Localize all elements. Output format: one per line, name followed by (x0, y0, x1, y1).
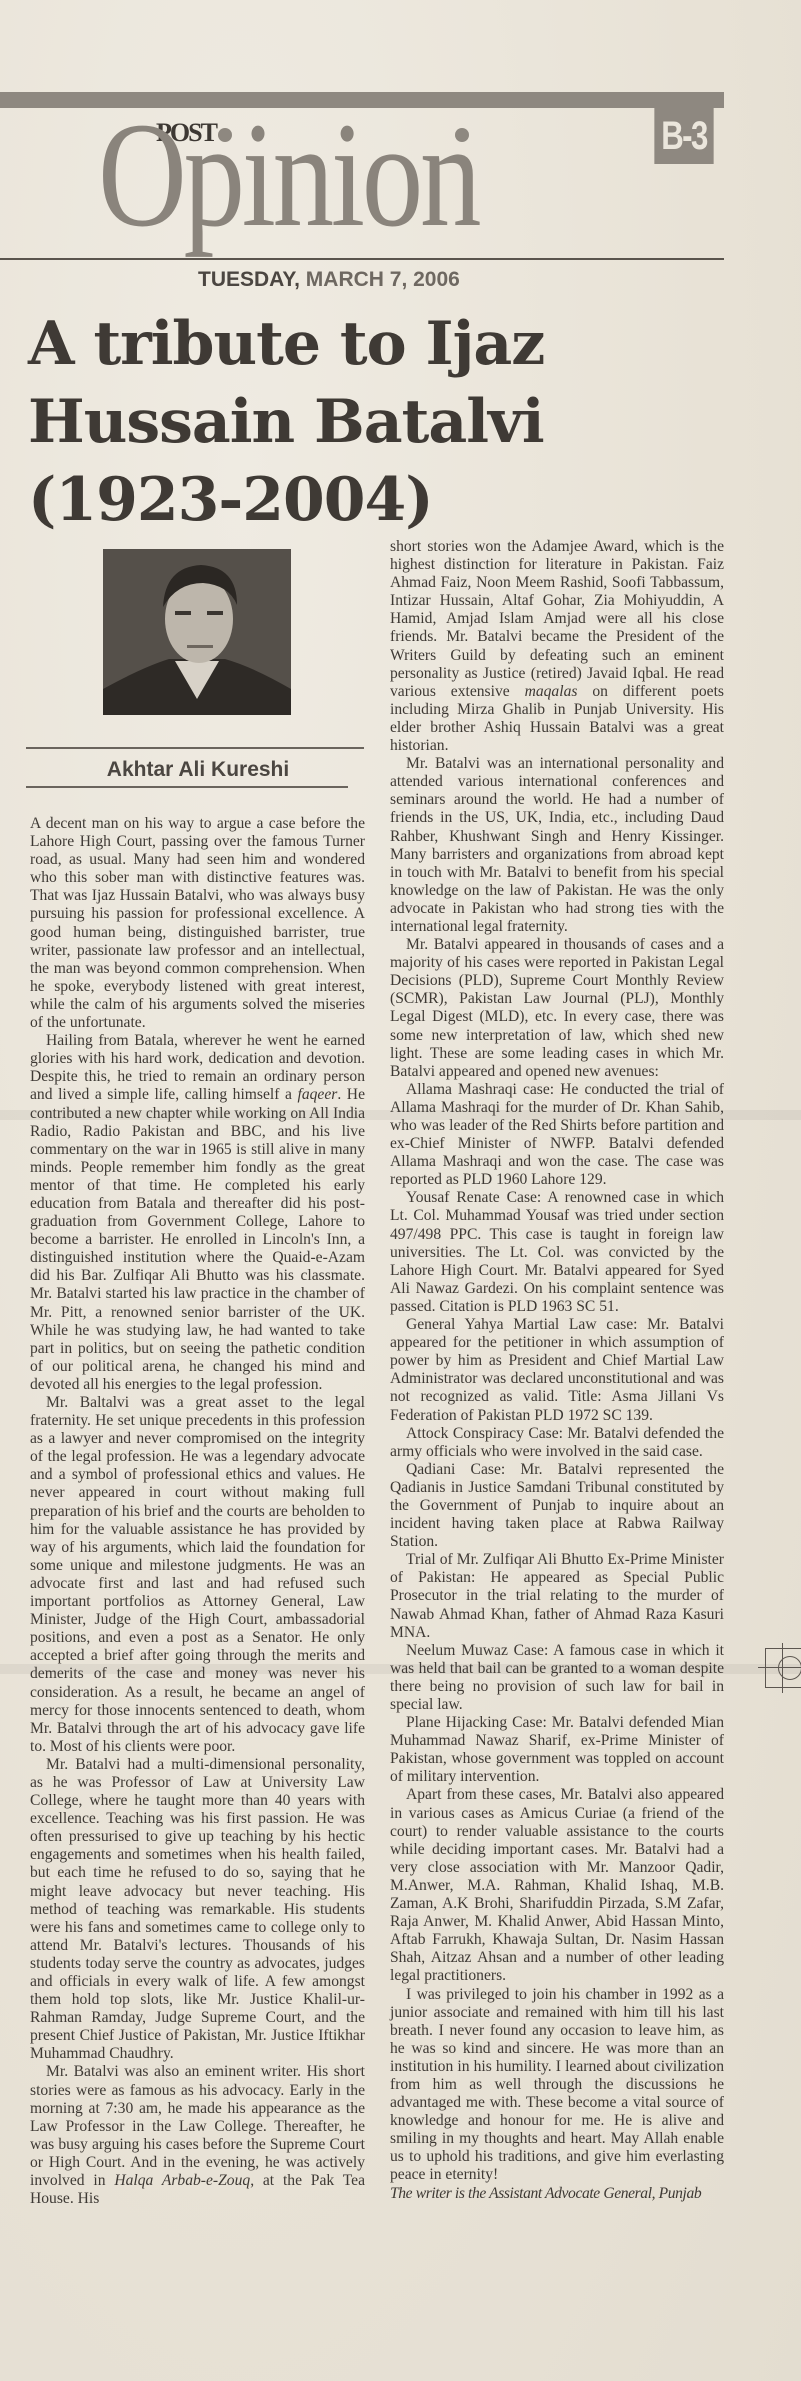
paragraph: A decent man on his way to argue a case … (30, 815, 365, 1032)
author-footnote: The writer is the Assistant Advocate Gen… (390, 2185, 724, 2203)
headline-line: A tribute to Ijaz (28, 305, 588, 383)
page-number-badge: B-3 (654, 108, 713, 164)
article-column-left: A decent man on his way to argue a case … (30, 815, 365, 2208)
date-month-day-year: MARCH 7, 2006 (306, 268, 460, 291)
publication-date: TUESDAY, MARCH 7, 2006 (198, 268, 460, 292)
byline-rule-top (26, 747, 364, 749)
portrait-figure-icon (103, 549, 291, 715)
article-column-right: short stories won the Adamjee Award, whi… (390, 538, 724, 2203)
headline-line: Hussain Batalvi (28, 383, 588, 461)
paragraph: Mr. Batalvi was also an eminent writer. … (30, 2063, 365, 2208)
paragraph: Mr. Batalvi appeared in thousands of cas… (390, 936, 724, 1081)
masthead-rule (0, 258, 724, 260)
registration-circle-icon (778, 1656, 801, 1680)
paragraph: Plane Hijacking Case: Mr. Batalvi defend… (390, 1714, 724, 1786)
paragraph: Hailing from Batala, wherever he went he… (30, 1032, 365, 1394)
paragraph: General Yahya Martial Law case: Mr. Bata… (390, 1316, 724, 1425)
paragraph: Trial of Mr. Zulfiqar Ali Bhutto Ex-Prim… (390, 1551, 724, 1641)
date-weekday: TUESDAY, (198, 268, 300, 291)
author-photo (103, 549, 291, 715)
article-headline: A tribute to Ijaz Hussain Batalvi (1923-… (28, 305, 588, 539)
paragraph: I was privileged to join his chamber in … (390, 1986, 724, 2185)
section-title: Opinion (98, 100, 478, 250)
paragraph: Attock Conspiracy Case: Mr. Batalvi defe… (390, 1425, 724, 1461)
paragraph: Allama Mashraqi case: He conducted the t… (390, 1081, 724, 1190)
paragraph: Mr. Batalvi had a multi-dimensional pers… (30, 1756, 365, 2064)
paragraph: Qadiani Case: Mr. Batalvi represented th… (390, 1461, 724, 1551)
paragraph: Apart from these cases, Mr. Batalvi also… (390, 1786, 724, 1985)
paragraph: Mr. Baltalvi was a great asset to the le… (30, 1394, 365, 1756)
paragraph: Neelum Muwaz Case: A famous case in whic… (390, 1642, 724, 1714)
author-byline: Akhtar Ali Kureshi (28, 758, 368, 782)
byline-rule-bottom (26, 786, 348, 788)
paragraph: Mr. Batalvi was an international persona… (390, 755, 724, 936)
paragraph: short stories won the Adamjee Award, whi… (390, 538, 724, 755)
paragraph: Yousaf Renate Case: A renowned case in w… (390, 1189, 724, 1316)
headline-line: (1923-2004) (28, 461, 588, 539)
